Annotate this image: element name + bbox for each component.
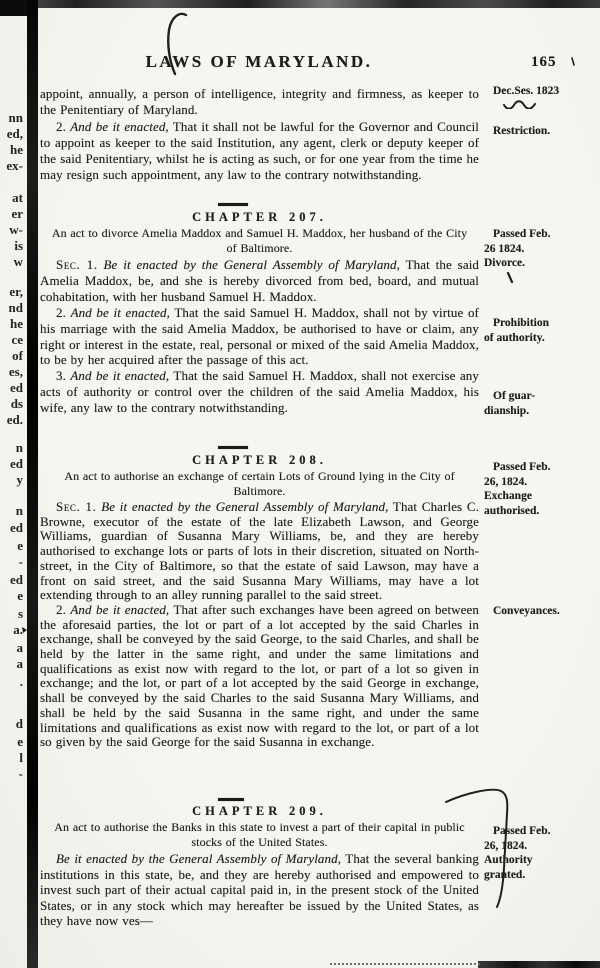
page-edge-fragment: s	[18, 606, 23, 622]
scanned-book-page: nned,heex-aterw-iswer,ndheceofes,eddsed.…	[0, 0, 600, 968]
page-edge-fragment: e	[17, 588, 23, 604]
chapter-heading: CHAPTER 208.	[40, 453, 479, 468]
chapter-heading: CHAPTER 207.	[40, 210, 479, 225]
margin-note-conveyances: Conveyances.	[484, 604, 596, 619]
page-title: LAWS OF MARYLAND.	[40, 52, 478, 72]
page-edge-fragment: of	[12, 348, 23, 364]
section-continuation: appoint, annually, a person of intellige…	[40, 86, 479, 184]
page-edge-fragment: n	[16, 503, 23, 519]
page-edge-fragment: a	[17, 640, 24, 656]
section-divider	[218, 446, 248, 449]
section-chapter-208: CHAPTER 208. An act to authorise an exch…	[40, 453, 479, 750]
margin-note-prohibition: Prohibition of authority.	[484, 316, 596, 345]
page-edge-fragment: ce	[11, 332, 23, 348]
page-edge-fragment: e	[17, 734, 23, 750]
page-edge-fragment: w	[14, 254, 23, 270]
pen-tick-divorce	[508, 273, 512, 282]
page-edge-fragment: a.	[13, 622, 23, 638]
paragraph: Sec. 1. Be it enacted by the General Ass…	[40, 257, 479, 305]
margin-note-passed-208: Passed Feb. 26, 1824. Exchange authorise…	[484, 460, 596, 518]
page-edge-fragment: nd	[9, 300, 23, 316]
page-edge-fragment: y	[17, 472, 24, 488]
page-edge-fragment: nn	[9, 110, 23, 126]
page-edge-fragment: .	[20, 674, 23, 690]
section-divider	[218, 203, 248, 206]
chapter-heading: CHAPTER 209.	[40, 804, 479, 819]
squiggle-underline-icon	[502, 100, 538, 109]
page-edge-fragment: l	[19, 750, 23, 766]
page-edge-fragment: ed	[10, 456, 23, 472]
paragraph: 2. And be it enacted, That the said Samu…	[40, 305, 479, 369]
page-edge-fragment: at	[12, 190, 23, 206]
page-edge-fragment: w-	[9, 222, 23, 238]
page-edge-fragment: ed.	[7, 412, 23, 428]
scan-edge-bottom	[478, 961, 600, 968]
page-edge-fragment: -	[19, 554, 23, 570]
paragraph: Be it enacted by the General Assembly of…	[40, 851, 479, 929]
scan-dots-bottom	[330, 963, 480, 965]
paragraph: 3. And be it enacted, That the said Samu…	[40, 368, 479, 416]
section-chapter-207: CHAPTER 207. An act to divorce Amelia Ma…	[40, 210, 479, 416]
page-edge-fragment: es,	[9, 364, 23, 380]
page-edge-fragment: er	[11, 206, 23, 222]
section-divider	[218, 798, 244, 801]
page-edge-fragment: d	[16, 716, 23, 732]
margin-note-session: Dec.Ses. 1823	[484, 84, 596, 109]
section-chapter-209: CHAPTER 209. An act to authorise the Ban…	[40, 804, 479, 929]
book-gutter-shadow	[27, 0, 38, 968]
paragraph: Sec. 1. Be it enacted by the General Ass…	[40, 500, 479, 603]
page-edge-fragment: e	[17, 538, 23, 554]
page-edge-fragment: er,	[9, 284, 23, 300]
act-title: An act to divorce Amelia Maddox and Samu…	[40, 226, 479, 255]
margin-note-passed-207: Passed Feb. 26 1824. Divorce.	[484, 227, 596, 271]
page-edge-fragment: ex-	[6, 158, 23, 174]
page-edge-fragment: a	[17, 656, 24, 672]
left-page-edge: nned,heex-aterw-iswer,ndheceofes,eddsed.…	[0, 0, 26, 968]
page-edge-fragment: ds	[11, 396, 23, 412]
page-edge-fragment: ed	[10, 520, 23, 536]
act-title: An act to authorise the Banks in this st…	[40, 820, 479, 849]
page-edge-fragment: he	[10, 142, 23, 158]
page-edge-fragment: ed	[10, 380, 23, 396]
page-edge-fragment: n	[16, 440, 23, 456]
page-edge-fragment: is	[14, 238, 23, 254]
margin-note-guardianship: Of guar- dianship.	[484, 389, 596, 418]
paragraph: 2. And be it enacted, That it shall not …	[40, 119, 479, 184]
act-title: An act to authorise an exchange of certa…	[40, 469, 479, 498]
margin-note-restriction: Restriction.	[484, 124, 596, 139]
page-edge-fragment: ed,	[7, 126, 23, 142]
scan-edge-top	[30, 0, 600, 8]
page-edge-fragment: he	[10, 316, 23, 332]
page-edge-fragment: -	[19, 766, 23, 782]
page-edge-fragment: ed	[10, 572, 23, 588]
paragraph: 2. And be it enacted, That after such ex…	[40, 603, 479, 750]
page-number: 165	[531, 54, 557, 71]
margin-note-passed-209: Passed Feb. 26, 1824. Authority granted.	[484, 824, 596, 882]
paragraph: appoint, annually, a person of intellige…	[40, 86, 479, 119]
pen-tick-pagenum	[572, 58, 574, 65]
